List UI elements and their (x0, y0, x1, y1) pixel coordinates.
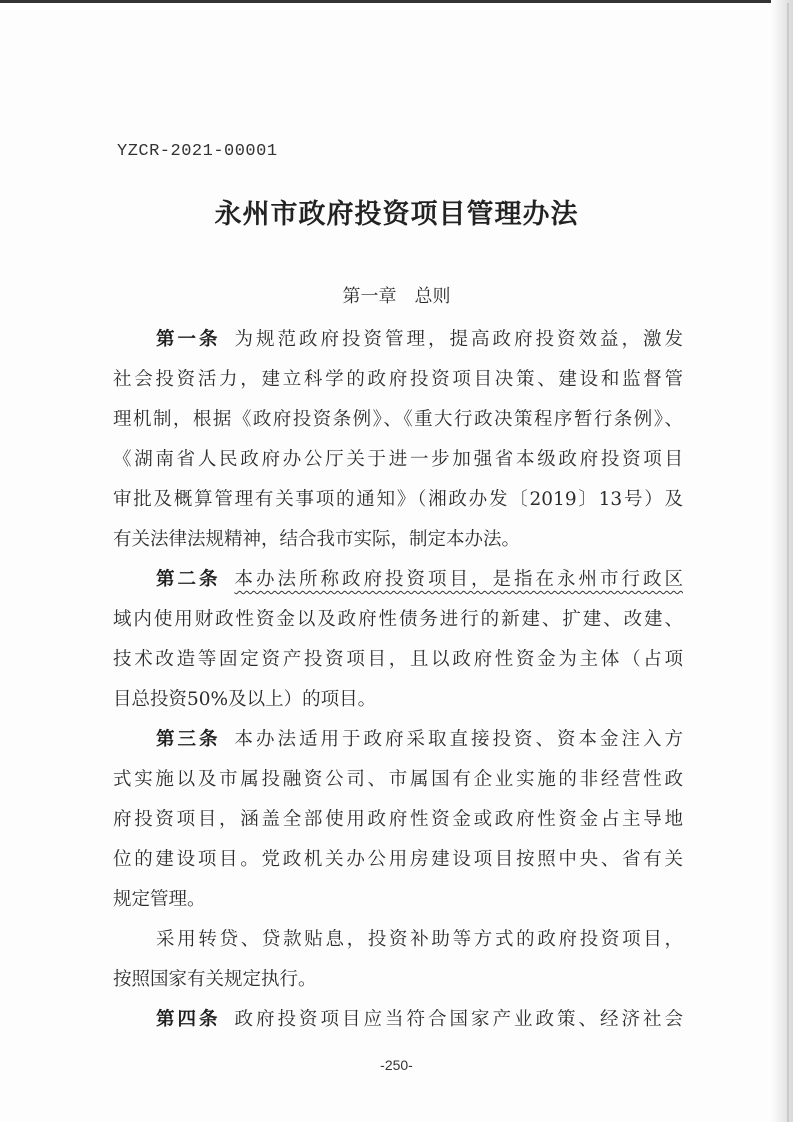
paragraph-loan-line-2: 按照国家有关规定执行。 (113, 968, 683, 992)
article-4-line-1: 第四条政府投资项目应当符合国家产业政策、经济社会 (156, 1008, 683, 1032)
article-3-line-1: 第三条本办法适用于政府采取直接投资、资本金注入方 (156, 728, 683, 752)
scan-right-edge (787, 3, 789, 1122)
document-title: 永州市政府投资项目管理办法 (0, 192, 793, 231)
article-1-line-6: 有关法律法规精神，结合我市实际，制定本办法。 (113, 528, 683, 552)
article-label: 第三条 (156, 729, 221, 750)
article-3-line-3: 府投资项目，涵盖全部使用政府性资金或政府性资金占主导地 (113, 808, 683, 832)
article-3-line-4: 位的建设项目。党政机关办公用房建设项目按照中央、省有关 (113, 848, 683, 872)
scan-top-edge (0, 0, 793, 3)
chapter-heading: 第一章 总则 (0, 282, 793, 308)
article-3-line-5: 规定管理。 (113, 888, 683, 912)
paragraph-loan-line-1: 采用转贷、贷款贴息，投资补助等方式的政府投资项目， (156, 928, 683, 952)
scan-right-shadow (771, 0, 793, 1122)
article-label: 第二条 (156, 569, 221, 590)
document-code: YZCR-2021-00001 (117, 142, 278, 161)
article-1-line-1: 第一条为规范政府投资管理，提高政府投资效益，激发 (156, 328, 683, 352)
article-2-line-3: 技术改造等固定资产投资项目，且以政府性资金为主体（占项 (113, 648, 683, 672)
article-1-line-3: 理机制，根据《政府投资条例》、《重大行政决策程序暂行条例》、 (113, 408, 683, 432)
article-1-line-2: 社会投资活力，建立科学的政府投资项目决策、建设和监督管 (113, 368, 683, 392)
article-2-line-1: 第二条本办法所称政府投资项目，是指在永州市行政区 (156, 568, 683, 592)
article-label: 第四条 (156, 1009, 221, 1030)
article-1-line-4: 《湖南省人民政府办公厅关于进一步加强省本级政府投资项目 (113, 448, 683, 472)
article-label: 第一条 (156, 329, 221, 350)
article-1-line-5: 审批及概算管理有关事项的通知》（湘政办发〔2019〕13号）及 (113, 488, 683, 512)
article-2-line-2: 域内使用财政性资金以及政府性债务进行的新建、扩建、改建、 (113, 608, 683, 632)
page-number: -250- (0, 1057, 793, 1073)
article-2-line-4: 目总投资50%及以上）的项目。 (113, 688, 683, 712)
article-3-line-2: 式实施以及市属投融资公司、市属国有企业实施的非经营性政 (113, 768, 683, 792)
